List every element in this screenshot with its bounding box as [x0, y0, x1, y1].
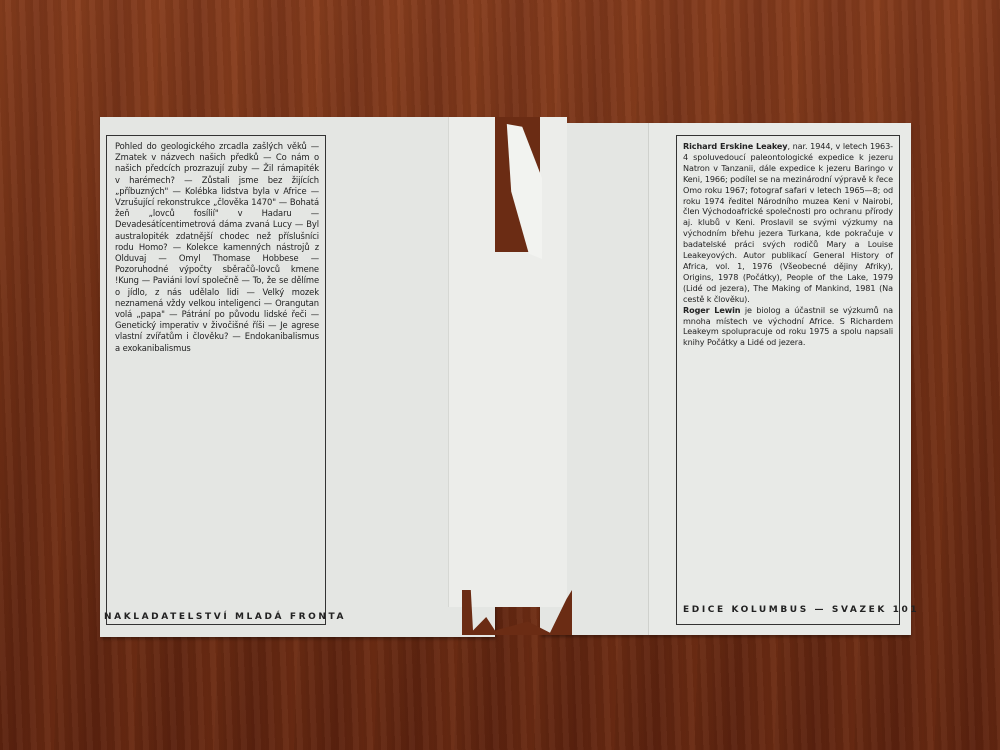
front-flap-text-frame: Richard Erskine Leakey, nar. 1944, v let… [676, 135, 900, 625]
author-bios: Richard Erskine Leakey, nar. 1944, v let… [683, 141, 893, 348]
series-label: EDICE KOLUMBUS — SVAZEK 101 [683, 605, 919, 615]
author1-name: Richard Erskine Leakey [683, 141, 787, 151]
back-flap-text-frame: Pohled do geologického zrcadla zašlých v… [106, 135, 326, 625]
author2-name: Roger Lewin [683, 305, 740, 315]
contents-blurb: Pohled do geologického zrcadla zašlých v… [115, 141, 319, 354]
author1-bio: , nar. 1944, v letech 1963-4 spoluvedouc… [683, 141, 893, 304]
publisher-label: NAKLADATELSTVÍ MLADÁ FRONTA [104, 612, 346, 622]
